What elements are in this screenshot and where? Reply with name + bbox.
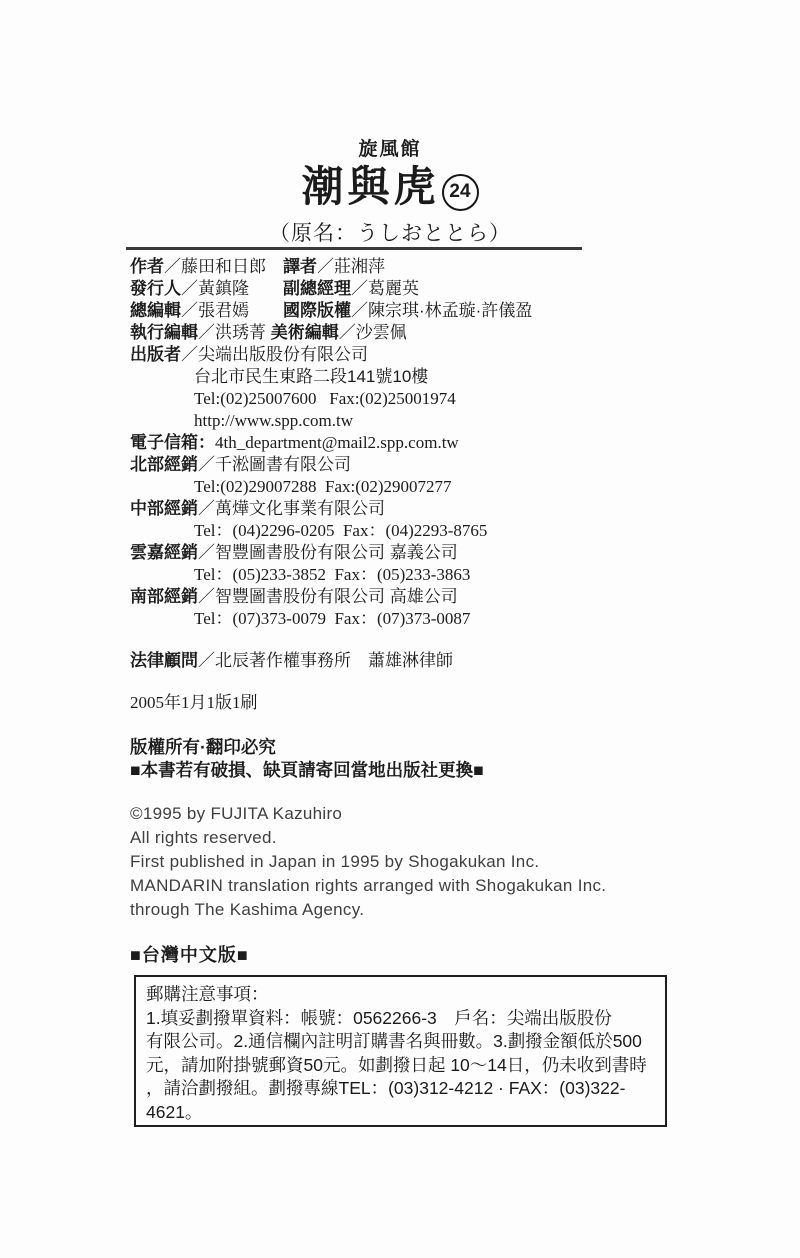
text-line: 雲嘉經銷／智豐圖書股份有限公司 嘉義公司 (130, 542, 678, 564)
text-line: 1.填妥劃撥單資料：帳號：0562266-3 戶名：尖端出版股份 (146, 1007, 655, 1031)
edition-line: 2005年1月1版1刷 (130, 692, 678, 714)
divider-rule (126, 247, 582, 250)
text-line: 作者／藤田和日郎 譯者／莊湘萍 (130, 256, 678, 278)
imprint-label: 旋風館 (100, 134, 680, 161)
taiwan-edition-heading: ■台灣中文版■ (130, 941, 249, 967)
mail-order-box: 郵購注意事項：1.填妥劃撥單資料：帳號：0562266-3 戶名：尖端出版股份有… (134, 975, 667, 1127)
text-line: Tel:(02)25007600 Fax:(02)25001974 (130, 388, 678, 410)
text-line: http://www.spp.com.tw (130, 410, 678, 432)
text-line: First published in Japan in 1995 by Shog… (130, 850, 690, 874)
text-line: 執行編輯／洪琇菁 美術編輯／沙雲佩 (130, 322, 678, 344)
text-line: 4621。 (146, 1101, 655, 1125)
text-line: 元，請加附掛號郵資50元。如劃撥日起 10～14日，仍未收到書時 (146, 1054, 655, 1078)
text-line: 台北市民生東路二段141號10樓 (130, 366, 678, 388)
copyright-notice: 版權所有·翻印必究■本書若有破損、缺頁請寄回當地出版社更換■ (130, 736, 678, 782)
text-line: MANDARIN translation rights arranged wit… (130, 874, 690, 898)
text-line: through The Kashima Agency. (130, 898, 690, 922)
title-block: 旋風館 潮與虎24 （原名：うしおととら） (100, 134, 680, 247)
text-line: 發行人／黃鎮隆 副總經理／葛麗英 (130, 278, 678, 300)
volume-badge: 24 (442, 174, 479, 211)
original-title: （原名：うしおととら） (100, 217, 680, 247)
text-line: ■本書若有破損、缺頁請寄回當地出版社更換■ (130, 759, 678, 782)
book-title: 潮與虎 (301, 163, 439, 210)
text-line: 2005年1月1版1刷 (130, 692, 678, 714)
text-line: ，請洽劃撥組。劃撥專線TEL：(03)312-4212 · FAX：(03)32… (146, 1077, 655, 1101)
text-line: 出版者／尖端出版股份有限公司 (130, 344, 678, 366)
text-line: ©1995 by FUJITA Kazuhiro (130, 802, 690, 826)
text-line: 南部經銷／智豐圖書股份有限公司 高雄公司 (130, 586, 678, 608)
text-line: 郵購注意事項： (146, 983, 655, 1007)
text-line: 有限公司。2.通信欄內註明訂購書名與冊數。3.劃撥金額低於500 (146, 1030, 655, 1054)
text-line: Tel：(07)373-0079 Fax：(07)373-0087 (130, 608, 678, 630)
text-line: 總編輯／張君嫣 國際版權／陳宗琪·林孟璇·許儀盈 (130, 300, 678, 322)
text-line: All rights reserved. (130, 826, 690, 850)
legal-advisor-line: 法律顧問／北辰著作權事務所 蕭雄淋律師 (130, 650, 678, 672)
publication-credits: 作者／藤田和日郎 譯者／莊湘萍發行人／黃鎮隆 副總經理／葛麗英總編輯／張君嫣 國… (130, 256, 678, 630)
text-line: 電子信箱：4th_department@mail2.spp.com.tw (130, 432, 678, 454)
text-line: 版權所有·翻印必究 (130, 736, 678, 759)
text-line: Tel：(05)233-3852 Fax：(05)233-3863 (130, 564, 678, 586)
colophon-page: 旋風館 潮與虎24 （原名：うしおととら） 作者／藤田和日郎 譯者／莊湘萍發行人… (0, 0, 800, 1258)
text-line: Tel：(04)2296-0205 Fax：(04)2293-8765 (130, 520, 678, 542)
english-copyright-block: ©1995 by FUJITA KazuhiroAll rights reser… (130, 802, 690, 922)
text-line: 北部經銷／千淞圖書有限公司 (130, 454, 678, 476)
book-title-row: 潮與虎24 (100, 164, 680, 211)
text-line: Tel:(02)29007288 Fax:(02)29007277 (130, 476, 678, 498)
text-line: 法律顧問／北辰著作權事務所 蕭雄淋律師 (130, 650, 678, 672)
text-line: 中部經銷／萬燁文化事業有限公司 (130, 498, 678, 520)
